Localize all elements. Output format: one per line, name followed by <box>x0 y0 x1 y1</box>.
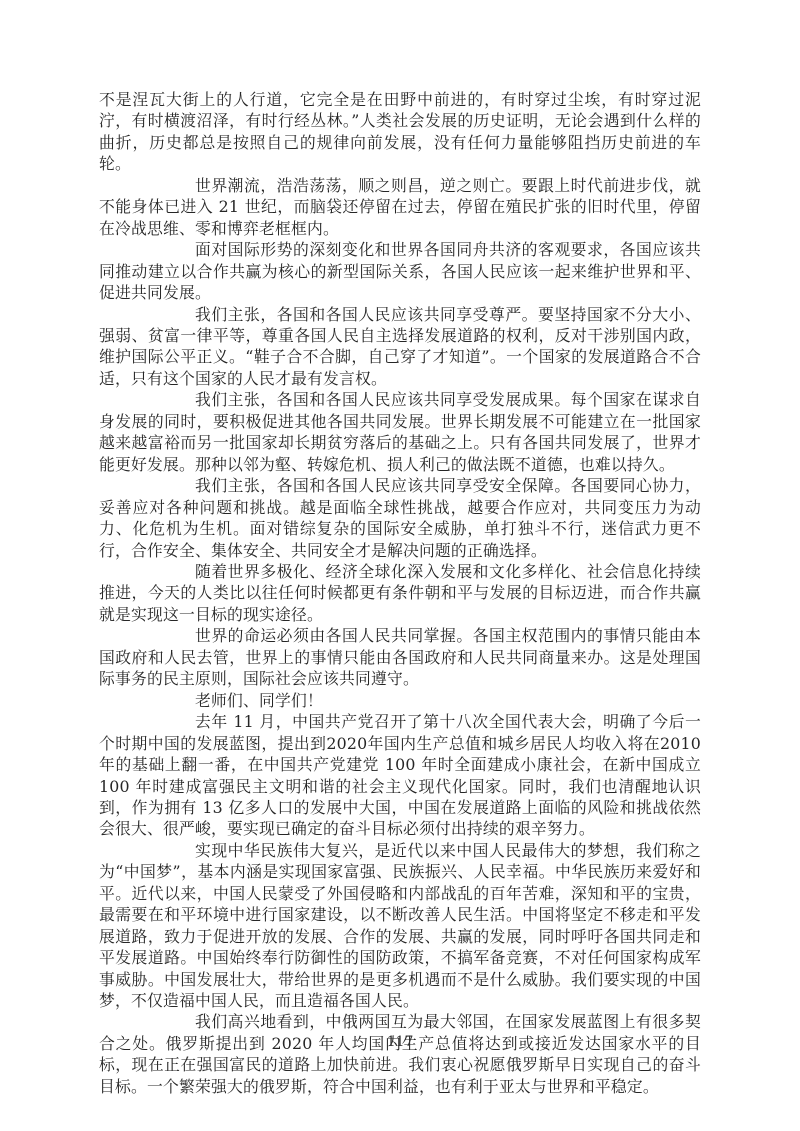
paragraph: 随着世界多极化、经济全球化深入发展和文化多样化、社会信息化持续推进，今天的人类比… <box>99 561 701 625</box>
paragraph: 世界潮流，浩浩荡荡，顺之则昌，逆之则亡。要跟上时代前进步伐，就不能身体已进入 2… <box>99 175 701 239</box>
paragraph: 我们主张，各国和各国人民应该共同享受安全保障。各国要同心协力，妥善应对各种问题和… <box>99 475 701 561</box>
paragraph: 不是涅瓦大街上的人行道，它完全是在田野中前进的，有时穿过尘埃，有时穿过泥泞，有时… <box>99 89 701 175</box>
paragraph: 老师们、同学们！ <box>99 690 701 711</box>
paragraph: 我们高兴地看到，中俄两国互为最大邻国，在国家发展蓝图上有很多契合之处。俄罗斯提出… <box>99 1011 701 1097</box>
document-body: 不是涅瓦大街上的人行道，它完全是在田野中前进的，有时穿过尘埃，有时穿过泥泞，有时… <box>99 89 701 1097</box>
paragraph: 面对国际形势的深刻变化和世界各国同舟共济的客观要求，各国应该共同推动建立以合作共… <box>99 239 701 303</box>
paragraph: 实现中华民族伟大复兴，是近代以来中国人民最伟大的梦想，我们称之为“中国梦”，基本… <box>99 840 701 1012</box>
paragraph: 我们主张，各国和各国人民应该共同享受尊严。要坚持国家不分大小、强弱、贫富一律平等… <box>99 304 701 390</box>
paragraph: 去年 11 月，中国共产党召开了第十八次全国代表大会，明确了今后一个时期中国的发… <box>99 711 701 840</box>
paragraph: 我们主张，各国和各国人民应该共同享受发展成果。每个国家在谋求自身发展的同时，要积… <box>99 389 701 475</box>
page-number: 117 <box>0 1034 800 1050</box>
paragraph: 世界的命运必须由各国人民共同掌握。各国主权范围内的事情只能由本国政府和人民去管，… <box>99 625 701 689</box>
document-page: 不是涅瓦大街上的人行道，它完全是在田野中前进的，有时穿过尘埃，有时穿过泥泞，有时… <box>0 0 800 1131</box>
